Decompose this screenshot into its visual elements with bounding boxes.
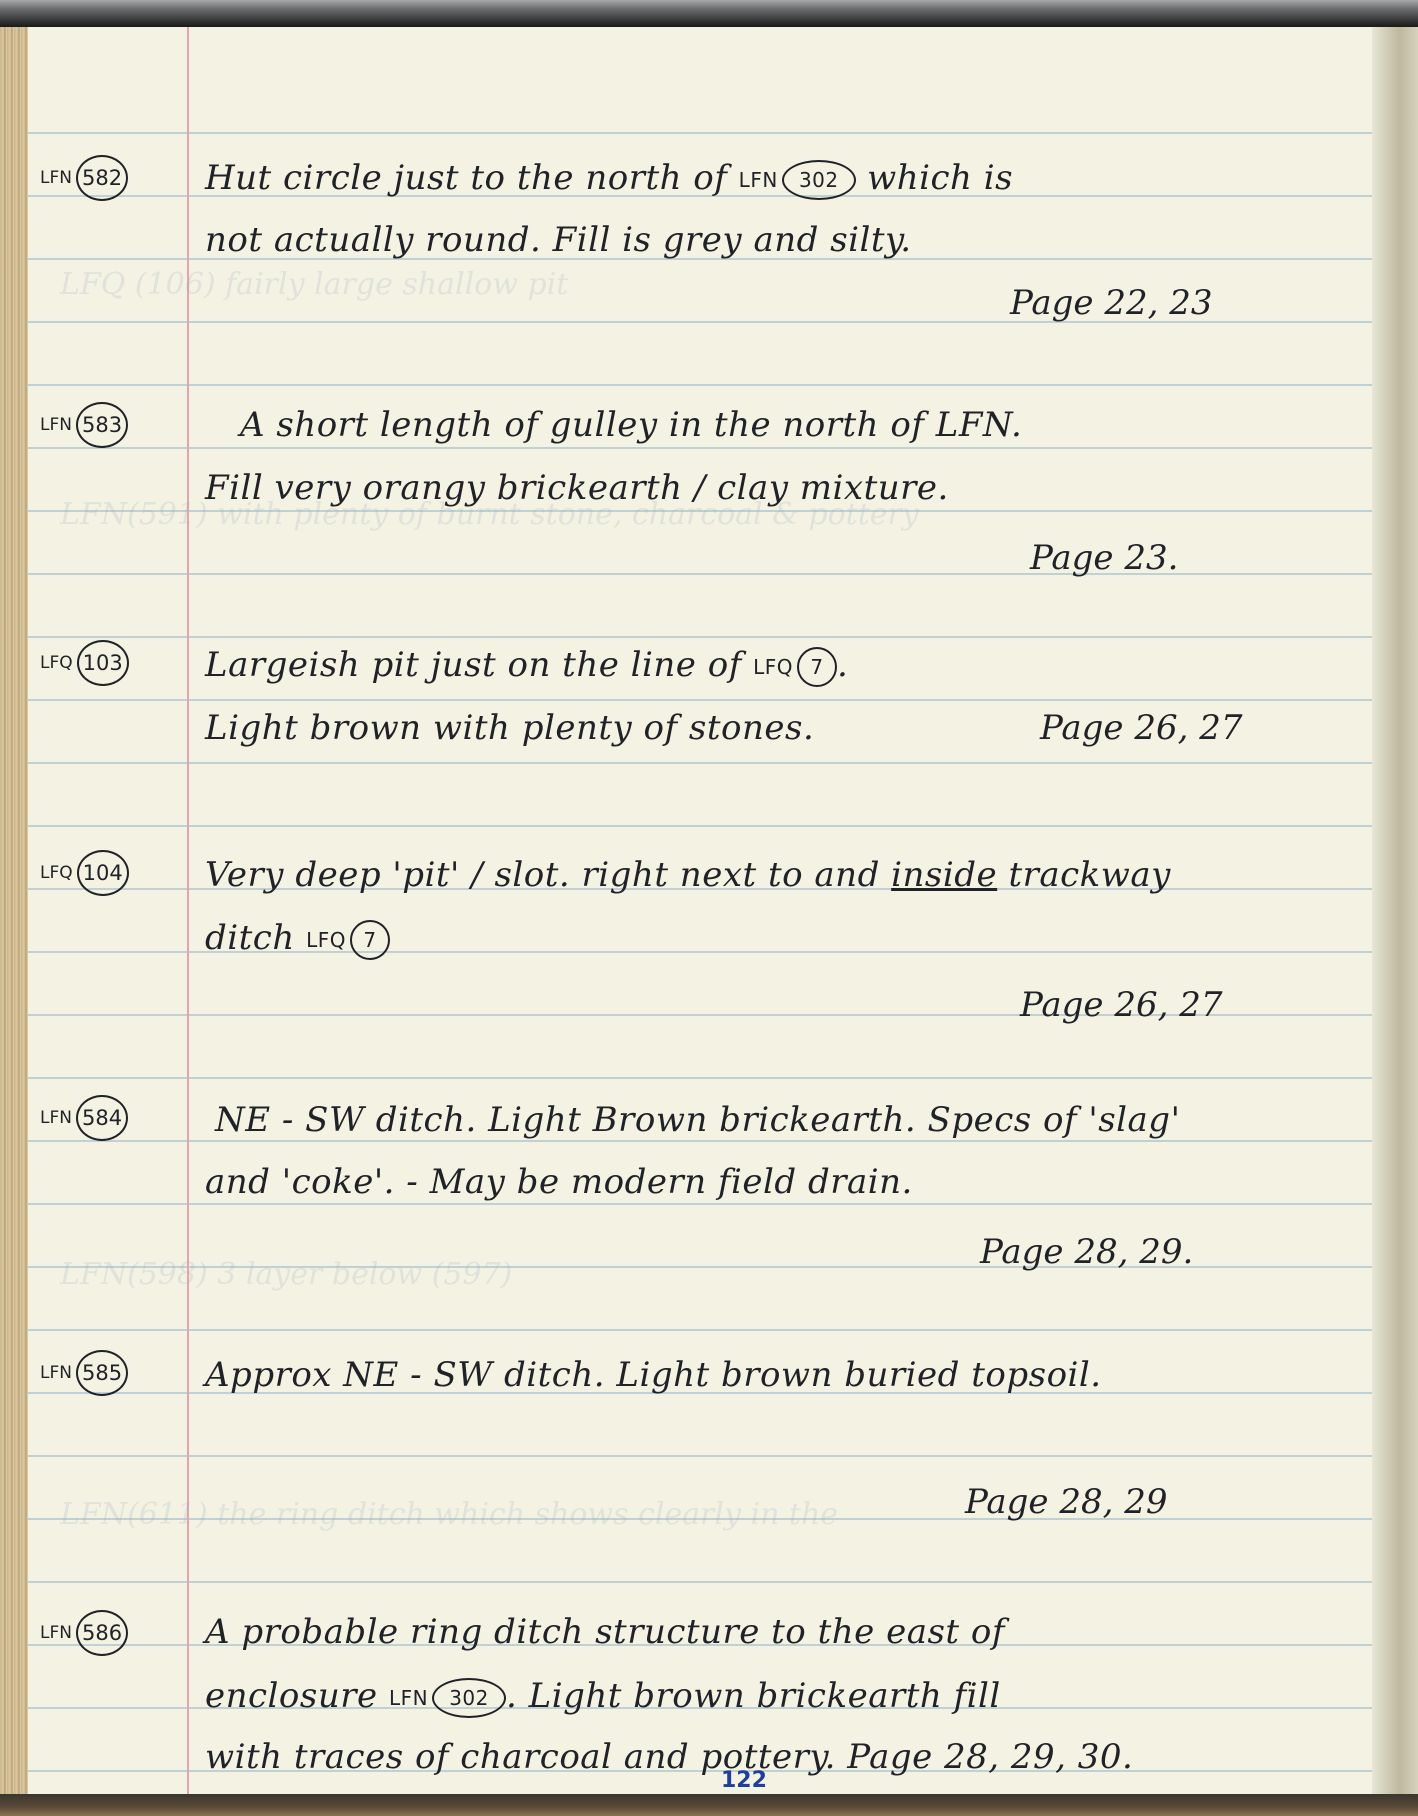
ruled-line (28, 447, 1372, 449)
context-code: LFQ 104 (40, 850, 129, 896)
entry-text-line: enclosure LFN302. Light brown brickearth… (205, 1676, 1001, 1718)
bleed-through-text: LFN(598) 3 layer below (597) (60, 1257, 512, 1292)
page-reference: Page 23. (1030, 538, 1178, 578)
context-number-circled: 584 (76, 1095, 128, 1141)
referenced-context-circled: 302 (782, 160, 856, 200)
site-code: LFQ (40, 863, 73, 883)
entry-text-line: NE - SW ditch. Light Brown brickearth. S… (215, 1100, 1180, 1140)
page-stack-edge (0, 27, 28, 1816)
entry-text-line: Fill very orangy brickearth / clay mixtu… (205, 468, 949, 508)
entry-text-line: Very deep 'pit' / slot. right next to an… (205, 855, 1171, 895)
referenced-context-circled: 7 (797, 647, 837, 687)
ruled-line (28, 132, 1372, 134)
book-spine-shadow (1372, 27, 1418, 1816)
context-number-circled: 582 (76, 155, 128, 201)
ruled-line (28, 1581, 1372, 1583)
page-reference: Page 26, 27 (1040, 708, 1242, 748)
ruled-line (28, 1455, 1372, 1457)
site-code: LFQ (40, 653, 73, 673)
entry-text-line: Light brown with plenty of stones. (205, 708, 814, 748)
context-code: LFN 582 (40, 155, 128, 201)
entry-text-line: A probable ring ditch structure to the e… (205, 1612, 1005, 1652)
ruled-line (28, 1203, 1372, 1205)
entry-text-line: A short length of gulley in the north of… (240, 405, 1022, 445)
site-code: LFN (40, 415, 72, 435)
page-reference: Page 26, 27 (1020, 985, 1222, 1025)
site-code: LFN (40, 1363, 72, 1383)
ruled-line (28, 636, 1372, 638)
ruled-line (28, 1329, 1372, 1331)
ruled-line (28, 1077, 1372, 1079)
ruled-line (28, 699, 1372, 701)
page-reference: Page 28, 29. (980, 1232, 1193, 1272)
bleed-through-text: LFQ (106) fairly large shallow pit (60, 267, 568, 302)
context-code: LFN 585 (40, 1350, 128, 1396)
ruled-line (28, 1140, 1372, 1142)
bleed-through-text: LFN(611) the ring ditch which shows clea… (60, 1497, 838, 1532)
entry-text-line: Hut circle just to the north of LFN302 w… (205, 158, 1013, 200)
context-code: LFN 583 (40, 402, 128, 448)
context-reference: LFN302 (389, 1678, 506, 1718)
page-reference: Page 22, 23 (1010, 283, 1212, 323)
entry-text-line: not actually round. Fill is grey and sil… (205, 220, 912, 260)
underlined-word: inside (891, 855, 997, 895)
referenced-context-circled: 302 (432, 1678, 506, 1718)
context-reference: LFN302 (739, 160, 856, 200)
ruled-line (28, 762, 1372, 764)
context-reference: LFQ7 (306, 920, 390, 960)
context-number-circled: 583 (76, 402, 128, 448)
site-code: LFN (40, 1623, 72, 1643)
site-code: LFN (40, 168, 72, 188)
context-number-circled: 103 (77, 640, 129, 686)
ruled-line (28, 384, 1372, 386)
entry-text-line: Approx NE - SW ditch. Light brown buried… (205, 1355, 1102, 1395)
context-reference: LFQ7 (753, 647, 837, 687)
context-number-circled: 104 (77, 850, 129, 896)
entry-text-line: and 'coke'. - May be modern field drain. (205, 1162, 913, 1202)
scanner-bottom-edge (0, 1794, 1418, 1816)
referenced-context-circled: 7 (350, 920, 390, 960)
context-code: LFN 584 (40, 1095, 128, 1141)
entry-text-line: Largeish pit just on the line of LFQ7. (205, 645, 848, 687)
page-number: 122 (721, 1768, 767, 1793)
scanner-top-edge (0, 0, 1418, 28)
page-reference: Page 28, 29 (965, 1482, 1167, 1522)
entry-text-line: ditch LFQ7 (205, 918, 390, 960)
context-code: LFN 586 (40, 1610, 128, 1656)
context-number-circled: 585 (76, 1350, 128, 1396)
context-number-circled: 586 (76, 1610, 128, 1656)
entry-text-line: with traces of charcoal and pottery. Pag… (205, 1737, 1133, 1777)
ruled-line (28, 825, 1372, 827)
context-code: LFQ 103 (40, 640, 129, 686)
site-code: LFN (40, 1108, 72, 1128)
